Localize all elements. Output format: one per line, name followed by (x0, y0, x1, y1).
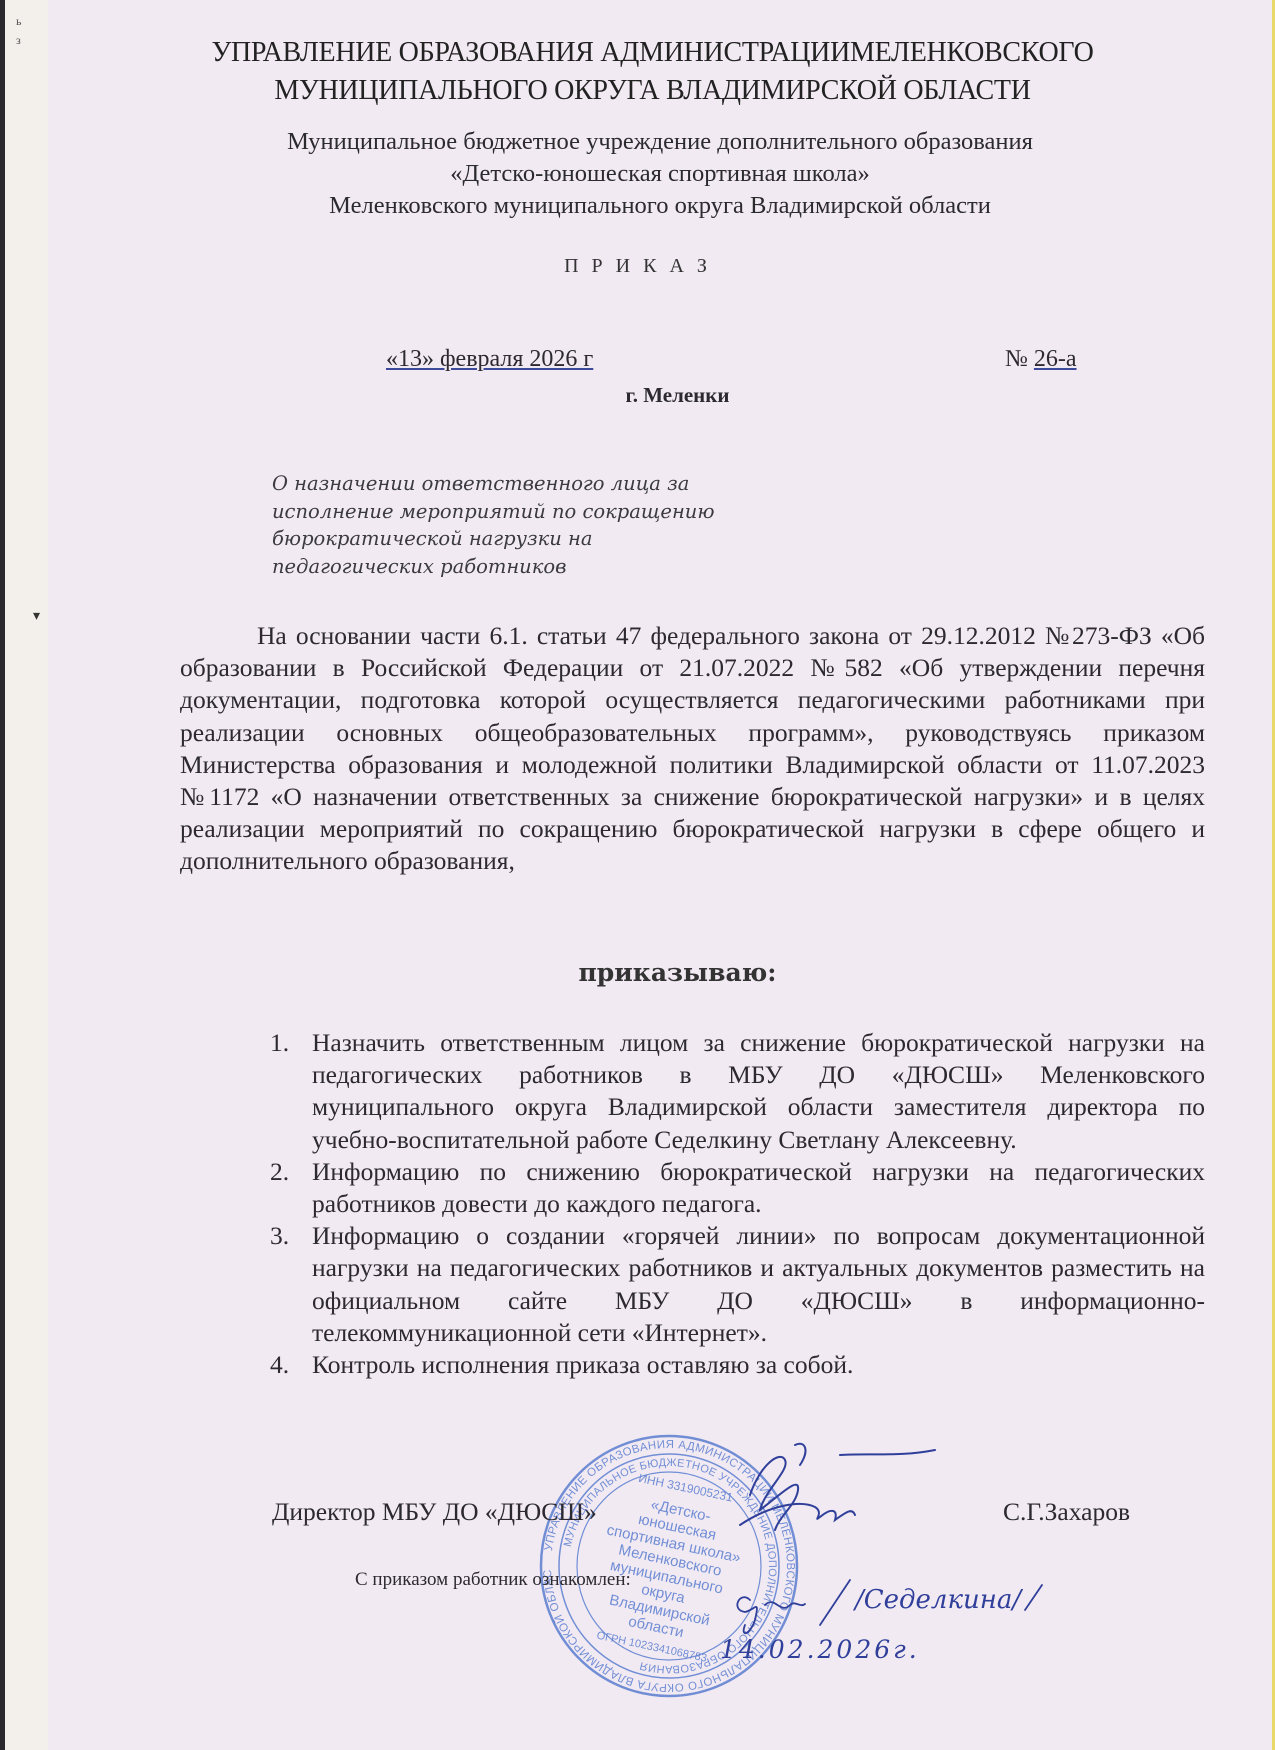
number-sign: № (1005, 346, 1028, 372)
item-text: Назначить ответственным лицом за снижени… (312, 1028, 1205, 1154)
scan-mark: з (16, 33, 21, 48)
authority-line-2: МУНИЦИПАЛЬНОГО ОКРУГА ВЛАДИМИРСКОЙ ОБЛАС… (180, 72, 1125, 110)
institution-line-3: Меленковского муниципального округа Влад… (180, 190, 1140, 222)
item-text: Информацию о создании «горячей линии» по… (312, 1221, 1205, 1347)
orders-heading: приказываю: (0, 958, 1275, 987)
institution-header: Муниципальное бюджетное учреждение допол… (180, 126, 1140, 222)
ack-date-handwriting: 14.02.2026г. (720, 1635, 920, 1664)
number-value: 26-а (1034, 346, 1077, 372)
subject-line: педагогических работников (272, 553, 742, 581)
authority-header: УПРАВЛЕНИЕ ОБРАЗОВАНИЯ АДМИНИСТРАЦИИМЕЛЕ… (180, 34, 1125, 110)
ack-name-handwriting: /Седелкина/ (852, 1585, 1023, 1615)
city: г. Меленки (0, 383, 1275, 408)
order-item: 2.Информацию по снижению бюрократической… (270, 1156, 1205, 1220)
order-date: «13» февраля 2026 г (386, 346, 593, 373)
document-type: П Р И К А З (0, 255, 1275, 278)
preamble: На основании части 6.1. статьи 47 федера… (180, 620, 1205, 878)
order-subject: О назначении ответственного лица за испо… (272, 470, 742, 580)
scan-mark: ь (16, 14, 21, 29)
director-signature (720, 1435, 940, 1565)
order-item: 3.Информацию о создании «горячей линии» … (270, 1220, 1205, 1349)
order-item: 4.Контроль исполнения приказа оставляю з… (270, 1349, 1205, 1381)
item-number: 3. (270, 1220, 289, 1252)
item-text: Контроль исполнения приказа оставляю за … (312, 1350, 853, 1379)
acknowledgement-signature: /Седелкина/ 14.02.2026г. (720, 1560, 1100, 1670)
authority-line-1: УПРАВЛЕНИЕ ОБРАЗОВАНИЯ АДМИНИСТРАЦИИМЕЛЕ… (180, 34, 1125, 72)
acknowledgement-label: С приказом работник ознакомлен: (355, 1569, 631, 1591)
institution-line-2: «Детско-юношеская спортивная школа» (180, 158, 1140, 190)
signatory-name: С.Г.Захаров (1003, 1497, 1130, 1527)
institution-line-1: Муниципальное бюджетное учреждение допол… (180, 126, 1140, 158)
orders-list: 1.Назначить ответственным лицом за сниже… (270, 1027, 1205, 1381)
signatory-position: Директор МБУ ДО «ДЮСШ» (272, 1497, 597, 1527)
order-number: № 26-а (1005, 346, 1077, 373)
item-number: 1. (270, 1027, 289, 1059)
item-number: 4. (270, 1349, 289, 1381)
order-item: 1.Назначить ответственным лицом за сниже… (270, 1027, 1205, 1156)
subject-line: О назначении ответственного лица за (272, 470, 742, 498)
item-text: Информацию по снижению бюрократической н… (312, 1157, 1205, 1218)
item-number: 2. (270, 1156, 289, 1188)
subject-line: исполнение мероприятий по сокращению (272, 498, 742, 526)
subject-line: бюрократической нагрузки на (272, 525, 742, 553)
scan-mark: ▾ (33, 608, 40, 625)
